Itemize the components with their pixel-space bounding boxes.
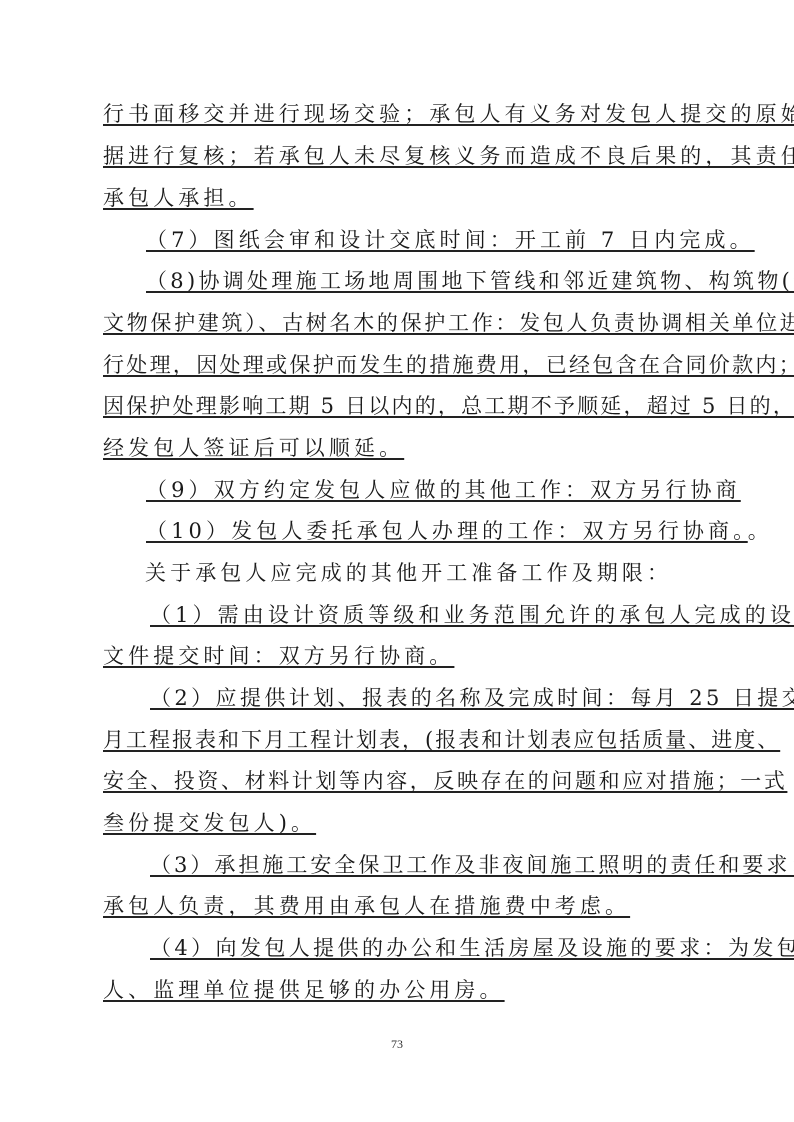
item-1-line: （1）需由设计资质等级和业务范围允许的承包人完成的设计 (146, 602, 794, 632)
underlined-text: 行处理，因处理或保护而发生的措施费用，已经包含在合同价款内； (103, 353, 794, 377)
underlined-text: （8)协调处理施工场地周围地下管线和邻近建筑物、构筑物(含 (146, 269, 794, 293)
underlined-text: （2）应提供计划、报表的名称及完成时间：每月 25 日提交本 (146, 686, 794, 710)
item-3-line: （3）承担施工安全保卫工作及非夜间施工照明的责任和要求： (146, 852, 794, 882)
underlined-text: 经发包人签证后可以顺延。 (103, 436, 404, 460)
underlined-text: 行书面移交并进行现场交验；承包人有义务对发包人提交的原始数 (103, 102, 794, 126)
underlined-text: 人、监理单位提供足够的办公用房。 (103, 978, 505, 1002)
document-page: 行书面移交并进行现场交验；承包人有义务对发包人提交的原始数 据进行复核；若承包人… (0, 0, 794, 1122)
text-line: 文物保护建筑）、古树名木的保护工作：发包人负责协调相关单位进 (103, 310, 794, 340)
item-8-line: （8)协调处理施工场地周围地下管线和邻近建筑物、构筑物(含 (146, 268, 794, 298)
text-line: 因保护处理影响工期 5 日以内的，总工期不予顺延，超过 5 日的， (103, 393, 794, 423)
text-line: 经发包人签证后可以顺延。 (103, 435, 404, 465)
section-heading-line: 关于承包人应完成的其他开工准备工作及期限： (145, 560, 672, 590)
text-line: 人、监理单位提供足够的办公用房。 (103, 977, 505, 1007)
underlined-text: （1）需由设计资质等级和业务范围允许的承包人完成的设计 (146, 603, 794, 627)
underlined-text: （7）图纸会审和设计交底时间：开工前 7 日内完成。 (146, 228, 755, 252)
underlined-text: 安全、投资、材料计划等内容，反映存在的问题和应对措施；一式 (103, 769, 787, 793)
page-number: 73 (0, 1037, 794, 1052)
underlined-text: 文件提交时间：双方另行协商。 (103, 644, 454, 668)
plain-text: 关于承包人应完成的其他开工准备工作及期限： (145, 561, 672, 585)
text-line: 月工程报表和下月工程计划表，(报表和计划表应包括质量、进度、 (103, 727, 780, 757)
underlined-text: 叁份提交发包人)。 (103, 811, 316, 835)
underlined-text: 承包人负责，其费用由承包人在措施费中考虑。 (103, 894, 630, 918)
text-line: 承包人承担。 (103, 185, 254, 215)
text-line: 行书面移交并进行现场交验；承包人有义务对发包人提交的原始数 (103, 101, 794, 131)
item-7-line: （7）图纸会审和设计交底时间：开工前 7 日内完成。 (146, 227, 755, 257)
plain-text: 。 (748, 519, 773, 543)
underlined-text: 文物保护建筑）、古树名木的保护工作：发包人负责协调相关单位进 (103, 311, 794, 335)
text-line: 文件提交时间：双方另行协商。 (103, 643, 454, 673)
underlined-text: 因保护处理影响工期 5 日以内的，总工期不予顺延，超过 5 日的， (103, 394, 794, 418)
item-9-line: （9）双方约定发包人应做的其他工作：双方另行协商 (146, 477, 741, 507)
underlined-text: 承包人承担。 (103, 186, 254, 210)
item-10-line: （10）发包人委托承包人办理的工作：双方另行协商。。 (146, 518, 773, 548)
underlined-text: （3）承担施工安全保卫工作及非夜间施工照明的责任和要求： (146, 853, 794, 877)
underlined-text: （10）发包人委托承包人办理的工作：双方另行协商。 (146, 519, 748, 543)
item-2-line: （2）应提供计划、报表的名称及完成时间：每月 25 日提交本 (146, 685, 794, 715)
text-line: 叁份提交发包人)。 (103, 810, 316, 840)
text-line: 行处理，因处理或保护而发生的措施费用，已经包含在合同价款内； (103, 352, 794, 382)
text-line: 安全、投资、材料计划等内容，反映存在的问题和应对措施；一式 (103, 768, 787, 798)
underlined-text: （4）向发包人提供的办公和生活房屋及设施的要求：为发包 (146, 936, 794, 960)
text-line: 据进行复核；若承包人未尽复核义务而造成不良后果的，其责任由 (103, 143, 794, 173)
underlined-text: （9）双方约定发包人应做的其他工作：双方另行协商 (146, 478, 741, 502)
text-line: 承包人负责，其费用由承包人在措施费中考虑。 (103, 893, 630, 923)
underlined-text: 据进行复核；若承包人未尽复核义务而造成不良后果的，其责任由 (103, 144, 794, 168)
underlined-text: 月工程报表和下月工程计划表，(报表和计划表应包括质量、进度、 (103, 728, 780, 752)
item-4-line: （4）向发包人提供的办公和生活房屋及设施的要求：为发包 (146, 935, 794, 965)
